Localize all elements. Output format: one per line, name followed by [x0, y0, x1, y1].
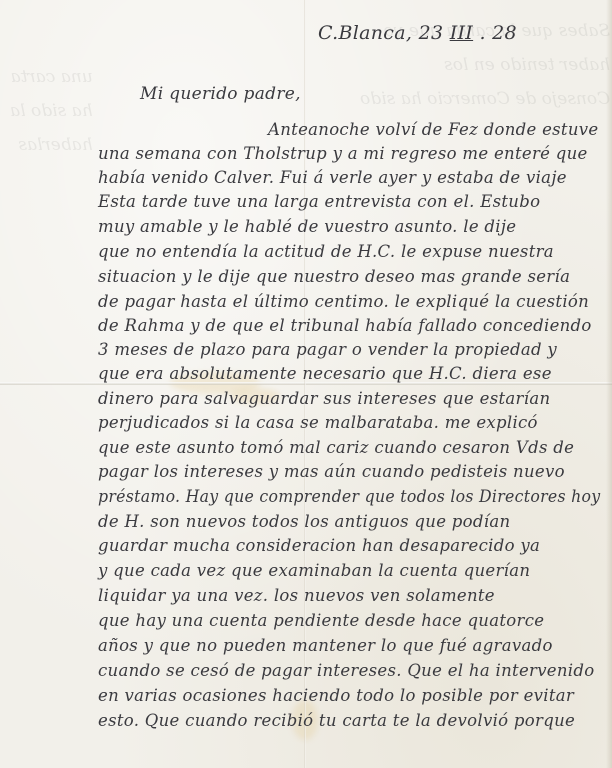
body-line: que este asunto tomó mal cariz cuando ce…: [98, 438, 574, 457]
body-line: perjudicados si la casa se malbarataba. …: [98, 413, 538, 432]
body-line: de Rahma y de que el tribunal había fall…: [98, 316, 592, 335]
body-line: liquidar ya una vez. los nuevos ven sola…: [98, 586, 495, 605]
body-line: que hay una cuenta pendiente desde hace …: [98, 611, 544, 630]
body-line: y que cada vez que examinaban la cuenta …: [98, 561, 530, 580]
body-line: Esta tarde tuve una larga entrevista con…: [98, 192, 540, 211]
body-line: de pagar hasta el último centimo. le exp…: [98, 292, 589, 311]
body-line: esto. Que cuando recibió tu carta te la …: [98, 711, 575, 730]
bleed-through-text: una carta ha sido la haberlas: [10, 60, 93, 162]
body-line: guardar mucha consideracion han desapare…: [98, 536, 540, 555]
paper-edge: [606, 0, 612, 768]
body-line: muy amable y le hablé de vuestro asunto.…: [98, 217, 516, 236]
place: C.Blanca,: [318, 22, 412, 44]
body-line: había venido Calver. Fui á verle ayer y …: [98, 168, 567, 187]
body-line: situacion y le dije que nuestro deseo ma…: [98, 267, 570, 286]
day: 23: [419, 22, 444, 44]
body-line: de H. son nuevos todos los antiguos que …: [98, 512, 510, 531]
body-line: cuando se cesó de pagar intereses. Que e…: [98, 661, 594, 680]
body-line: una semana con Tholstrup y a mi regreso …: [98, 144, 588, 163]
body-line: años y que no pueden mantener lo que fué…: [98, 636, 553, 655]
letter-page: Sabes que la carga que yo haber tenido e…: [0, 0, 612, 768]
body-line: pagar los intereses y mas aún cuando ped…: [98, 462, 565, 481]
salutation: Mi querido padre,: [140, 84, 301, 104]
body-line: 3 meses de plazo para pagar o vender la …: [98, 340, 557, 359]
body-line: dinero para salvaguardar sus intereses q…: [98, 389, 550, 408]
dateline: C.Blanca, 23 III . 28: [318, 22, 517, 44]
month: III: [450, 22, 473, 44]
body-line: que no entendía la actitud de H.C. le ex…: [98, 242, 554, 261]
body-line: préstamo. Hay que comprender que todos l…: [98, 487, 600, 506]
year: . 28: [479, 22, 516, 44]
body-line: Anteanoche volví de Fez donde estuve: [268, 120, 598, 139]
body-line: que era absolutamente necesario que H.C.…: [98, 364, 552, 383]
body-line: en varias ocasiones haciendo todo lo pos…: [98, 686, 574, 705]
